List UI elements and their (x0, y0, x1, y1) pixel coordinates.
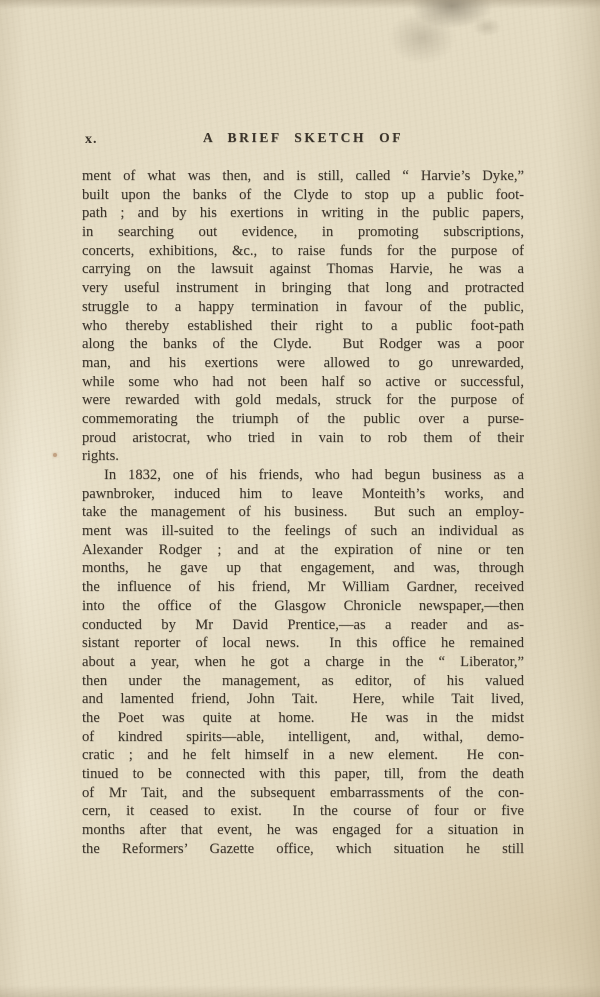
text-line: Alexander Rodger ; and at the expiration… (82, 541, 524, 560)
text-line: very useful instrument in bringing that … (82, 279, 524, 298)
text-line: and lamented friend, John Tait. Here, wh… (82, 690, 524, 709)
paragraph: ment of what was then, and is still, cal… (82, 167, 524, 466)
paragraph: In 1832, one of his friends, who had beg… (82, 466, 524, 858)
text-line: were rewarded with gold medals, struck f… (82, 391, 524, 410)
text-line: cern, it ceased to exist. In the course … (82, 802, 524, 821)
book-page: x. A BRIEF SKETCH OF ment of what was th… (0, 0, 600, 997)
text-line: about a year, when he got a charge in th… (82, 653, 524, 672)
text-line: ment was ill-suited to the feelings of s… (82, 522, 524, 541)
text-line: who thereby established their right to a… (82, 317, 524, 336)
text-line: months after that event, he was engaged … (82, 821, 524, 840)
text-line: struggle to a happy termination in favou… (82, 298, 524, 317)
text-line: carrying on the lawsuit against Thomas H… (82, 260, 524, 279)
text-line: into the office of the Glasgow Chronicle… (82, 597, 524, 616)
text-line: take the management of his business. But… (82, 503, 524, 522)
running-header: x. A BRIEF SKETCH OF (82, 130, 524, 150)
text-line: cratic ; and he felt himself in a new el… (82, 746, 524, 765)
text-line: then under the management, as editor, of… (82, 672, 524, 691)
page-number: x. (85, 132, 98, 148)
text-line: concerts, exhibitions, &c., to raise fun… (82, 242, 524, 261)
text-line: rights. (82, 447, 524, 466)
text-line: conducted by Mr David Prentice,—as a rea… (82, 616, 524, 635)
fox-spot (53, 453, 57, 457)
text-line: the Reformers’ Gazette office, which sit… (82, 840, 524, 859)
text-line: of kindred spirits—able, intelligent, an… (82, 728, 524, 747)
text-line: built upon the banks of the Clyde to sto… (82, 186, 524, 205)
text-line: the influence of his friend, Mr William … (82, 578, 524, 597)
text-line: along the banks of the Clyde. But Rodger… (82, 335, 524, 354)
text-line: man, and his exertions were allowed to g… (82, 354, 524, 373)
text-line: the Poet was quite at home. He was in th… (82, 709, 524, 728)
text-line: proud aristocrat, who tried in vain to r… (82, 429, 524, 448)
text-line: months, he gave up that engagement, and … (82, 559, 524, 578)
text-line: pawnbroker, induced him to leave Monteit… (82, 485, 524, 504)
text-line: while some who had not been half so acti… (82, 373, 524, 392)
text-line: tinued to be connected with this paper, … (82, 765, 524, 784)
text-line: ment of what was then, and is still, cal… (82, 167, 524, 186)
text-block: ment of what was then, and is still, cal… (82, 167, 524, 858)
text-line: commemorating the triumph of the public … (82, 410, 524, 429)
text-line: of Mr Tait, and the subsequent embarrass… (82, 784, 524, 803)
text-line: in searching out evidence, in promoting … (82, 223, 524, 242)
text-line: sistant reporter of local news. In this … (82, 634, 524, 653)
text-line: path ; and by his exertions in writing i… (82, 204, 524, 223)
header-title: A BRIEF SKETCH OF (82, 130, 524, 146)
text-line: In 1832, one of his friends, who had beg… (82, 466, 524, 485)
